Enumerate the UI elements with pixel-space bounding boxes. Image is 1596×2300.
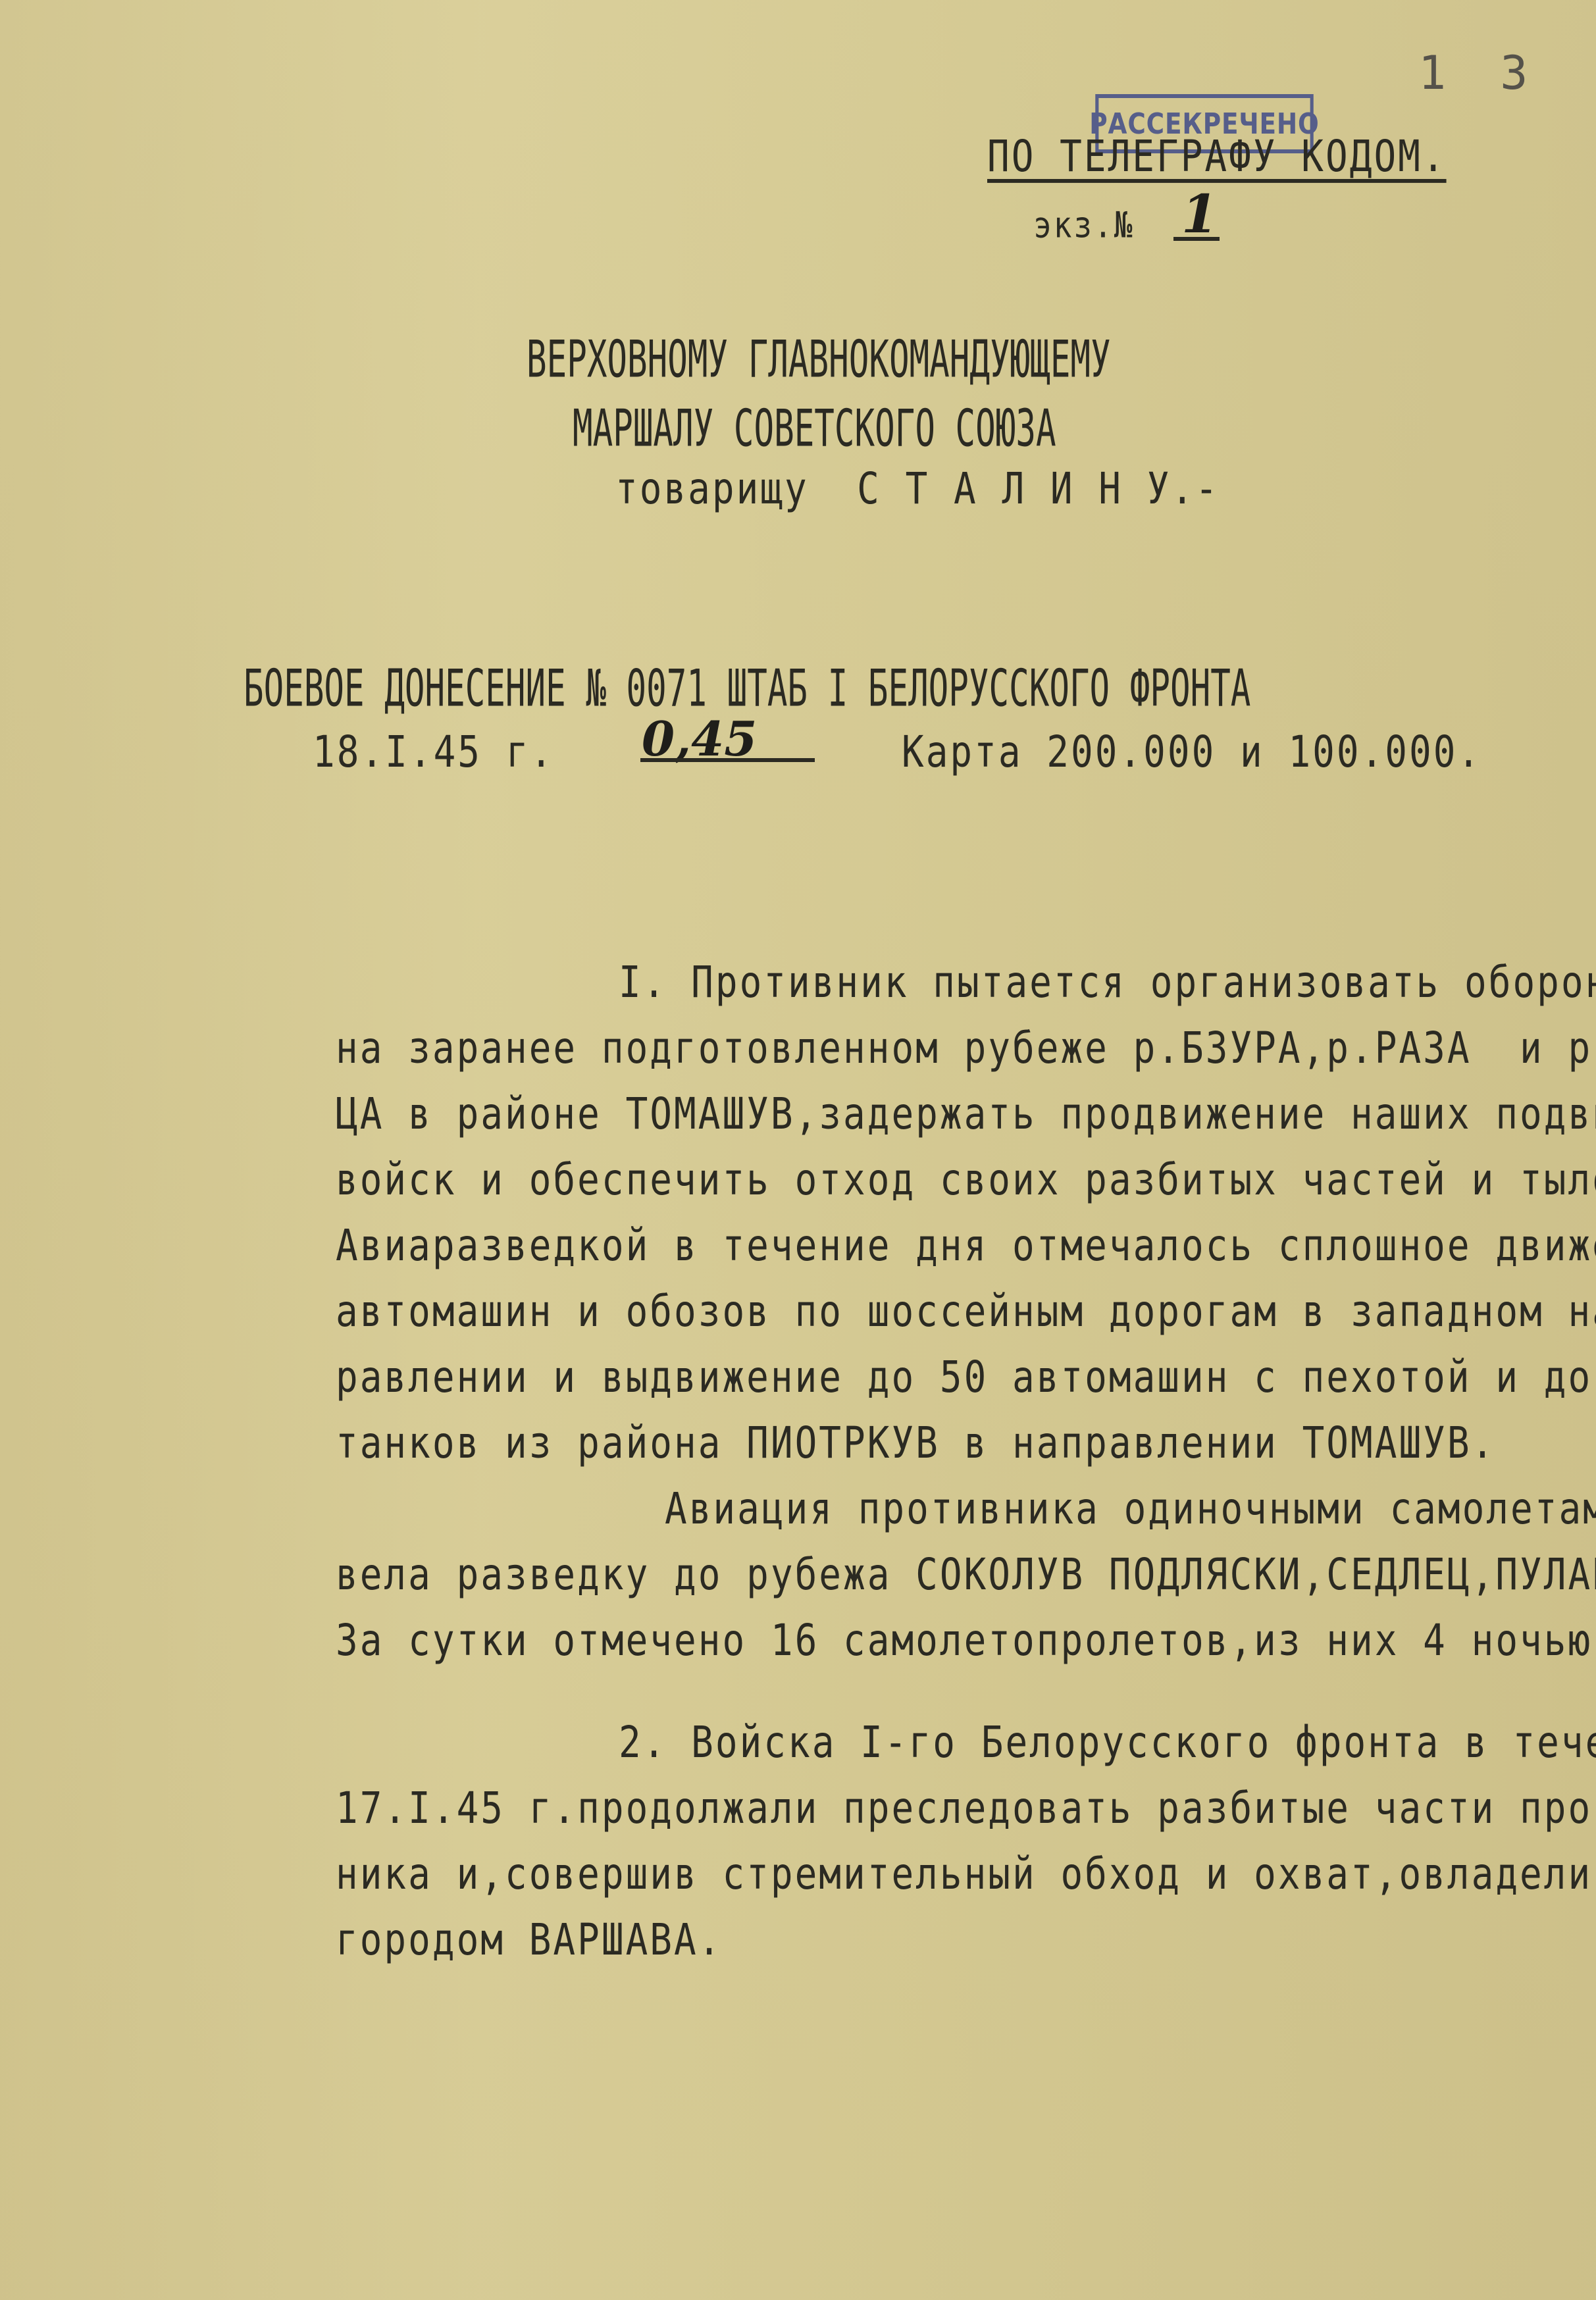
copy-label: экз.№ — [1033, 204, 1134, 246]
report-map: Карта 200.000 и 100.000. — [902, 727, 1481, 778]
aviation-line: За сутки отмечено 16 самолетопролетов,из… — [336, 1616, 1596, 1666]
section-2-line: городом ВАРШАВА. — [336, 1915, 722, 1966]
report-title: БОЕВОЕ ДОНЕСЕНИЕ № 0071 ШТАБ I БЕЛОРУССК… — [244, 658, 1250, 718]
addressee-line-1: ВЕРХОВНОМУ ГЛАВНОКОМАНДУЮЩЕМУ — [527, 329, 1111, 389]
section-2-line: 2. Войска I-го Белорусского фронта в теч… — [619, 1718, 1596, 1768]
section-1-line: Авиаразведкой в течение дня отмечалось с… — [336, 1221, 1596, 1271]
section-1-line: равлении и выдвижение до 50 автомашин с … — [336, 1352, 1596, 1403]
section-1-line: войск и обеспечить отход своих разбитых … — [336, 1155, 1596, 1206]
section-1-line: автомашин и обозов по шоссейным дорогам … — [336, 1287, 1596, 1337]
time-underline — [640, 758, 815, 762]
section-1-line: ЦА в районе ТОМАШУВ,задержать продвижени… — [336, 1089, 1596, 1140]
section-1-line: на заранее подготовленном рубеже р.БЗУРА… — [336, 1023, 1596, 1074]
transmission-note: ПО ТЕЛЕГРАФУ КОДОМ. — [987, 132, 1447, 182]
section-1-line: танков из района ПИОТРКУВ в направлении … — [336, 1418, 1495, 1469]
document-page: 1 3 РАССЕКРЕЧЕНО ПО ТЕЛЕГРАФУ КОДОМ. экз… — [0, 0, 1596, 2300]
aviation-line: Авиация противника одиночными самолетами — [665, 1484, 1596, 1535]
aviation-line: вела разведку до рубежа СОКОЛУВ ПОДЛЯСКИ… — [336, 1550, 1596, 1600]
section-2-line: 17.I.45 г.продолжали преследовать разбит… — [336, 1783, 1596, 1834]
page-number: 1 3 — [1418, 46, 1541, 100]
copy-number-underline — [1173, 237, 1220, 241]
report-date: 18.I.45 г. — [313, 727, 554, 778]
section-2-line: ника и,совершив стремительный обход и ох… — [336, 1849, 1592, 1900]
copy-number: 1 — [1181, 183, 1218, 245]
section-1-line: I. Противник пытается организовать оборо… — [619, 958, 1596, 1008]
addressee-line-2: МАРШАЛУ СОВЕТСКОГО СОЮЗА — [573, 398, 1056, 458]
addressee-line-3: товарищу С Т А Л И Н У.- — [615, 464, 1220, 515]
